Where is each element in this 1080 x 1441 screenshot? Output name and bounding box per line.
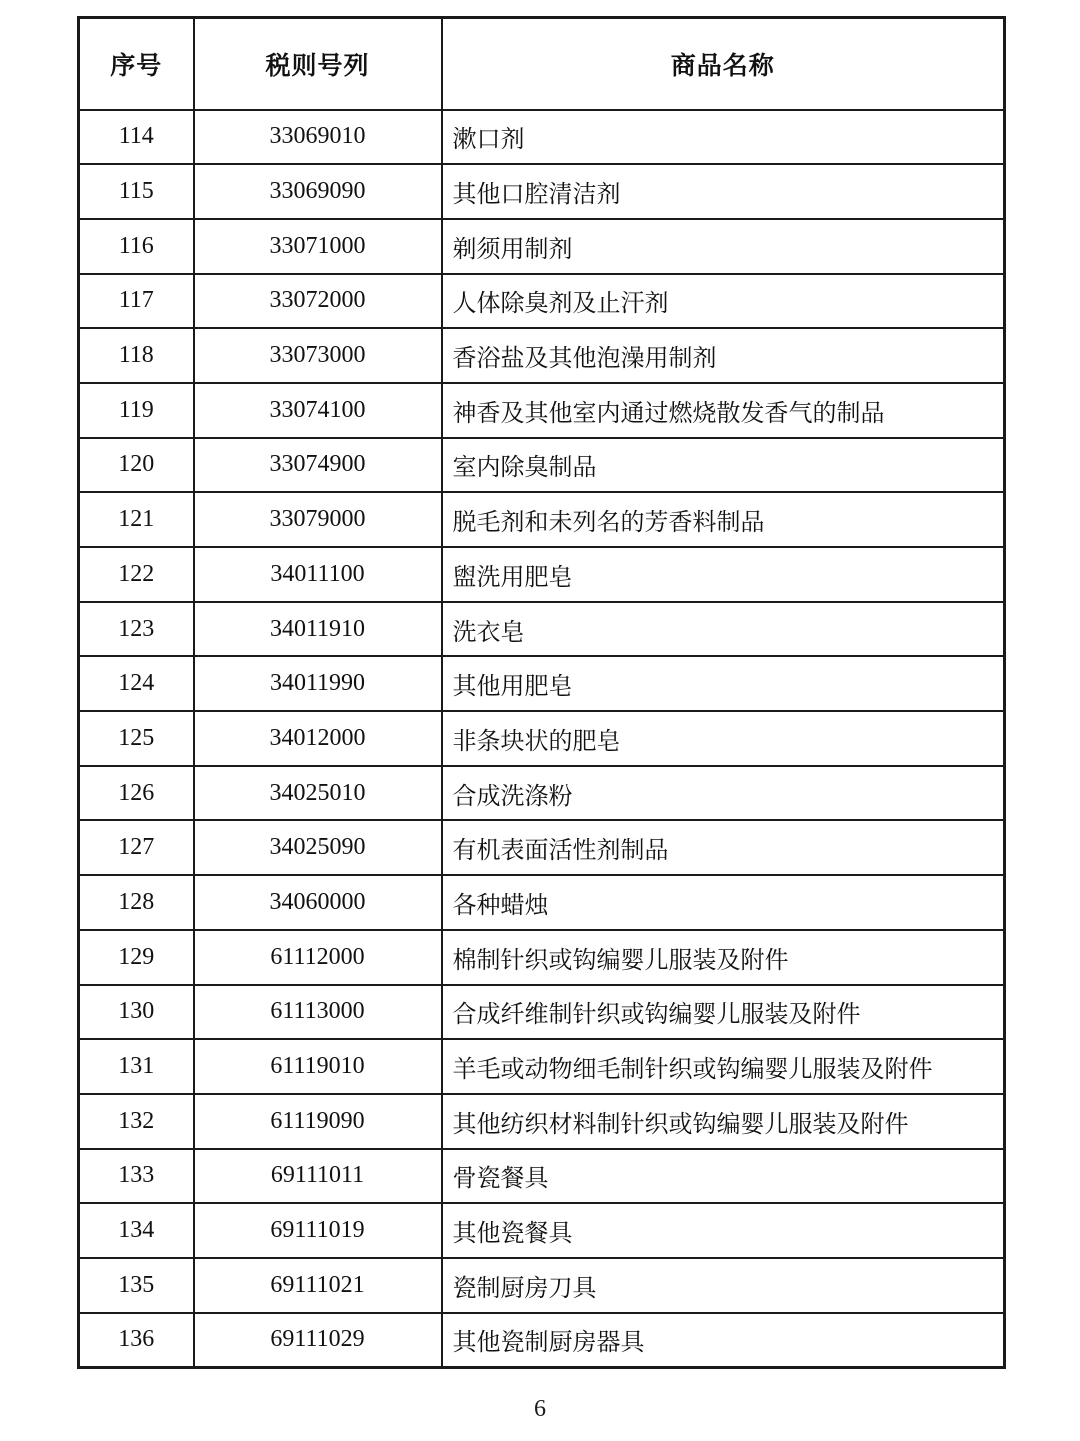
table-header-row: 序号 税则号列 商品名称 [79, 18, 1005, 110]
table-row: 134 69111019 其他瓷餐具 [79, 1203, 1005, 1258]
table-row: 129 61112000 棉制针织或钩编婴儿服装及附件 [79, 930, 1005, 985]
row-product-name: 合成洗涤粉 [442, 766, 1005, 821]
row-tariff-code: 33071000 [194, 219, 442, 274]
table-row: 119 33074100 神香及其他室内通过燃烧散发香气的制品 [79, 383, 1005, 438]
row-product-name: 神香及其他室内通过燃烧散发香气的制品 [442, 383, 1005, 438]
row-seq: 120 [79, 438, 194, 493]
table-row: 117 33072000 人体除臭剂及止汗剂 [79, 274, 1005, 329]
row-seq: 121 [79, 492, 194, 547]
table-row: 128 34060000 各种蜡烛 [79, 875, 1005, 930]
row-seq: 122 [79, 547, 194, 602]
table-row: 133 69111011 骨瓷餐具 [79, 1149, 1005, 1204]
row-product-name: 人体除臭剂及止汗剂 [442, 274, 1005, 329]
page-number: 6 [0, 1396, 1080, 1423]
row-product-name: 合成纤维制针织或钩编婴儿服装及附件 [442, 985, 1005, 1040]
column-header-seq: 序号 [79, 18, 194, 110]
row-product-name: 棉制针织或钩编婴儿服装及附件 [442, 930, 1005, 985]
table-row: 115 33069090 其他口腔清洁剂 [79, 164, 1005, 219]
row-seq: 123 [79, 602, 194, 657]
table-row: 118 33073000 香浴盐及其他泡澡用制剂 [79, 328, 1005, 383]
row-product-name: 有机表面活性剂制品 [442, 820, 1005, 875]
row-tariff-code: 33072000 [194, 274, 442, 329]
row-tariff-code: 33074900 [194, 438, 442, 493]
row-seq: 117 [79, 274, 194, 329]
table-row: 136 69111029 其他瓷制厨房器具 [79, 1313, 1005, 1368]
row-tariff-code: 34012000 [194, 711, 442, 766]
row-seq: 136 [79, 1313, 194, 1368]
row-product-name: 骨瓷餐具 [442, 1149, 1005, 1204]
row-seq: 132 [79, 1094, 194, 1149]
row-tariff-code: 34011100 [194, 547, 442, 602]
table-row: 123 34011910 洗衣皂 [79, 602, 1005, 657]
tariff-table: 序号 税则号列 商品名称 114 33069010 漱口剂 115 330690… [77, 16, 1006, 1369]
row-tariff-code: 61112000 [194, 930, 442, 985]
row-seq: 133 [79, 1149, 194, 1204]
row-seq: 114 [79, 110, 194, 165]
table-body: 114 33069010 漱口剂 115 33069090 其他口腔清洁剂 11… [79, 110, 1005, 1368]
row-tariff-code: 61113000 [194, 985, 442, 1040]
row-product-name: 其他口腔清洁剂 [442, 164, 1005, 219]
row-product-name: 漱口剂 [442, 110, 1005, 165]
row-product-name: 其他瓷餐具 [442, 1203, 1005, 1258]
column-header-name: 商品名称 [442, 18, 1005, 110]
row-product-name: 非条块状的肥皂 [442, 711, 1005, 766]
row-tariff-code: 33074100 [194, 383, 442, 438]
row-tariff-code: 34060000 [194, 875, 442, 930]
row-product-name: 其他瓷制厨房器具 [442, 1313, 1005, 1368]
document-page: 序号 税则号列 商品名称 114 33069010 漱口剂 115 330690… [0, 0, 1080, 1441]
row-seq: 134 [79, 1203, 194, 1258]
row-seq: 126 [79, 766, 194, 821]
row-seq: 130 [79, 985, 194, 1040]
row-tariff-code: 69111021 [194, 1258, 442, 1313]
row-tariff-code: 34025010 [194, 766, 442, 821]
row-seq: 135 [79, 1258, 194, 1313]
table-row: 121 33079000 脱毛剂和未列名的芳香料制品 [79, 492, 1005, 547]
row-seq: 118 [79, 328, 194, 383]
row-seq: 116 [79, 219, 194, 274]
row-seq: 125 [79, 711, 194, 766]
row-product-name: 脱毛剂和未列名的芳香料制品 [442, 492, 1005, 547]
row-tariff-code: 34025090 [194, 820, 442, 875]
row-tariff-code: 33069090 [194, 164, 442, 219]
row-product-name: 瓷制厨房刀具 [442, 1258, 1005, 1313]
table-row: 130 61113000 合成纤维制针织或钩编婴儿服装及附件 [79, 985, 1005, 1040]
row-tariff-code: 33073000 [194, 328, 442, 383]
row-seq: 124 [79, 656, 194, 711]
table-row: 135 69111021 瓷制厨房刀具 [79, 1258, 1005, 1313]
row-tariff-code: 34011990 [194, 656, 442, 711]
row-seq: 115 [79, 164, 194, 219]
row-product-name: 羊毛或动物细毛制针织或钩编婴儿服装及附件 [442, 1039, 1005, 1094]
table-row: 132 61119090 其他纺织材料制针织或钩编婴儿服装及附件 [79, 1094, 1005, 1149]
row-seq: 127 [79, 820, 194, 875]
row-product-name: 其他纺织材料制针织或钩编婴儿服装及附件 [442, 1094, 1005, 1149]
row-product-name: 各种蜡烛 [442, 875, 1005, 930]
row-product-name: 盥洗用肥皂 [442, 547, 1005, 602]
table-row: 116 33071000 剃须用制剂 [79, 219, 1005, 274]
table-row: 124 34011990 其他用肥皂 [79, 656, 1005, 711]
table-row: 114 33069010 漱口剂 [79, 110, 1005, 165]
row-tariff-code: 69111029 [194, 1313, 442, 1368]
row-seq: 128 [79, 875, 194, 930]
row-seq: 119 [79, 383, 194, 438]
table-row: 122 34011100 盥洗用肥皂 [79, 547, 1005, 602]
row-product-name: 香浴盐及其他泡澡用制剂 [442, 328, 1005, 383]
table-row: 126 34025010 合成洗涤粉 [79, 766, 1005, 821]
row-seq: 131 [79, 1039, 194, 1094]
table-row: 131 61119010 羊毛或动物细毛制针织或钩编婴儿服装及附件 [79, 1039, 1005, 1094]
table-row: 127 34025090 有机表面活性剂制品 [79, 820, 1005, 875]
row-product-name: 剃须用制剂 [442, 219, 1005, 274]
row-tariff-code: 61119010 [194, 1039, 442, 1094]
row-product-name: 室内除臭制品 [442, 438, 1005, 493]
row-tariff-code: 61119090 [194, 1094, 442, 1149]
row-tariff-code: 69111019 [194, 1203, 442, 1258]
row-tariff-code: 33069010 [194, 110, 442, 165]
column-header-code: 税则号列 [194, 18, 442, 110]
row-tariff-code: 34011910 [194, 602, 442, 657]
row-tariff-code: 69111011 [194, 1149, 442, 1204]
row-tariff-code: 33079000 [194, 492, 442, 547]
row-product-name: 洗衣皂 [442, 602, 1005, 657]
row-product-name: 其他用肥皂 [442, 656, 1005, 711]
table-row: 120 33074900 室内除臭制品 [79, 438, 1005, 493]
table-row: 125 34012000 非条块状的肥皂 [79, 711, 1005, 766]
row-seq: 129 [79, 930, 194, 985]
